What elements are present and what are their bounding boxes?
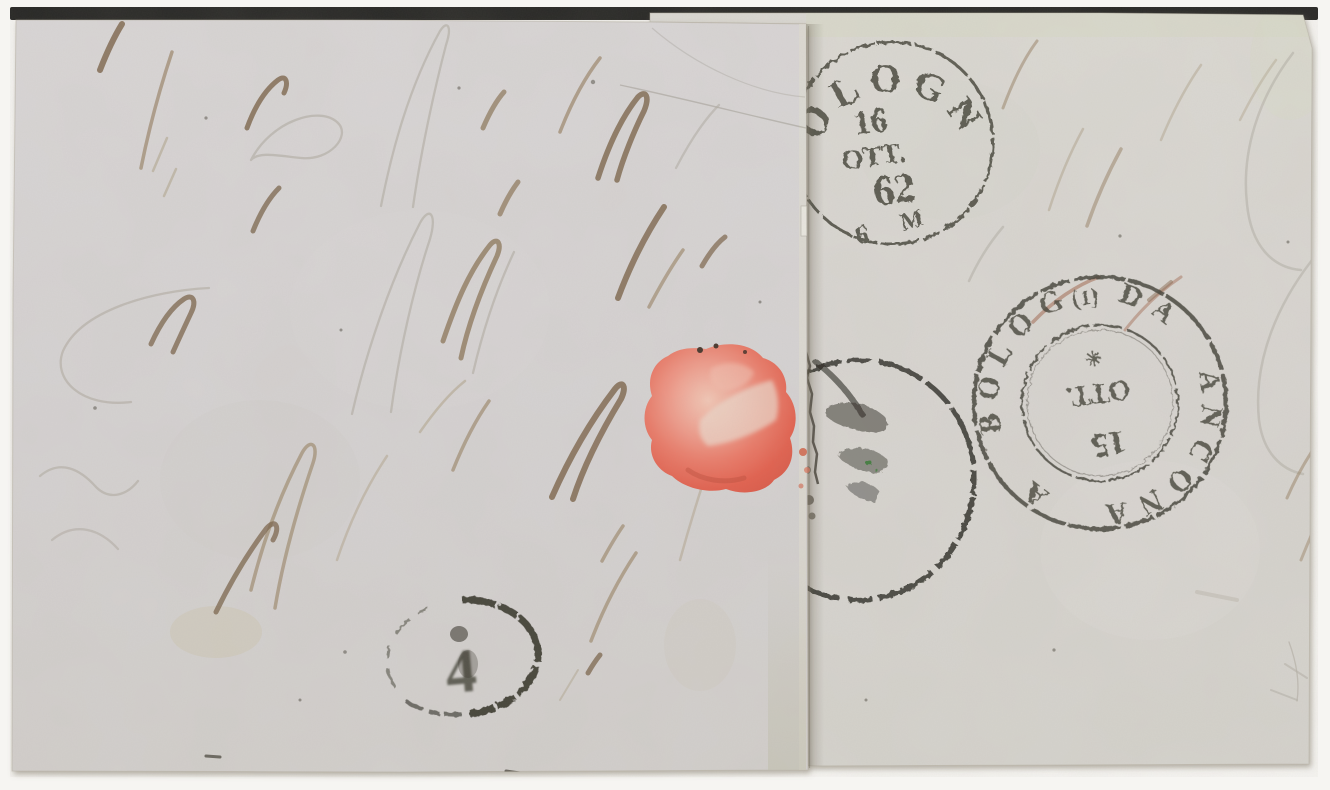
letter-scan-canvas: BOLOGNA 16 OTT. 62 6 M DA ANCONA A BOLOG… [0, 0, 1330, 790]
letter-scan: BOLOGNA 16 OTT. 62 6 M DA ANCONA A BOLOG… [0, 0, 1330, 790]
paper-mottle-overlay [10, 7, 1318, 777]
